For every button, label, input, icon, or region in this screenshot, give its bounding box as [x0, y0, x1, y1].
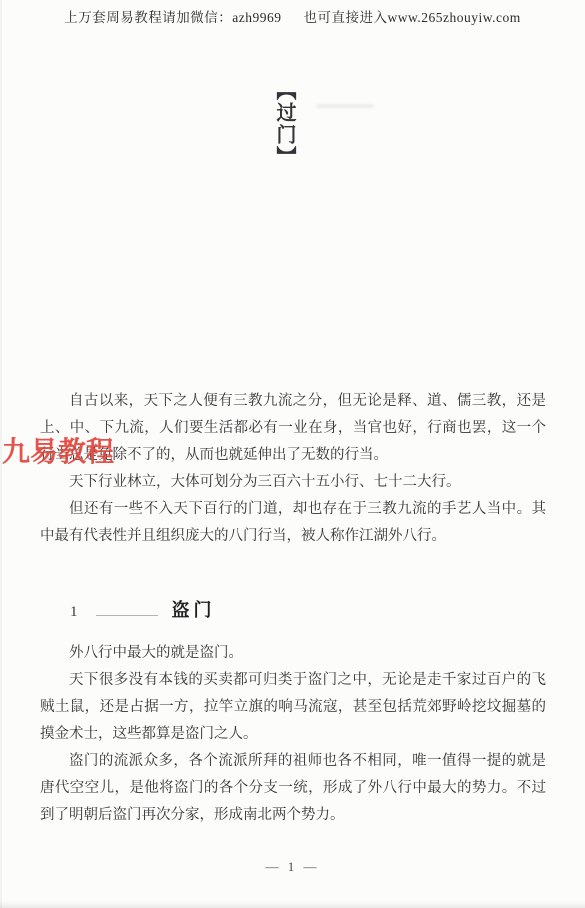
scan-artifact-smudge [316, 104, 374, 108]
promo-header-website-text: 也可直接进入www.265zhouyiw.com [304, 6, 521, 26]
scan-edge-bottom [0, 901, 585, 908]
intro-paragraphs: 自古以来，天下之人便有三教九流之分，但无论是释、道、儒三教，还是上、中、下九流，… [40, 388, 546, 550]
promo-header: 上万套周易教程请加微信：azh9969 也可直接进入www.265zhouyiw… [0, 6, 585, 26]
scanned-book-page: 上万套周易教程请加微信：azh9969 也可直接进入www.265zhouyiw… [0, 0, 585, 908]
section-heading: 1 盗门 [70, 596, 216, 622]
paragraph: 自古以来，天下之人便有三教九流之分，但无论是释、道、儒三教，还是上、中、下九流，… [40, 388, 546, 469]
promo-header-wechat-text: 上万套周易教程请加微信：azh9969 [64, 6, 281, 26]
paragraph: 天下很多没有本钱的买卖都可归类于盗门之中，无论是走千家过百户的飞贼土鼠，还是占据… [40, 667, 546, 748]
section-number: 1 [70, 604, 78, 621]
paragraph: 但还有一些不入天下百行的门道，却也存在于三教九流的手艺人当中。其中最有代表性并且… [40, 496, 546, 550]
paragraph: 天下行业林立，大体可划分为三百六十五小行、七十二大行。 [40, 469, 546, 496]
page-number: — 1 — [0, 859, 585, 875]
paragraph: 盗门的流派众多，各个流派所拜的祖师也各不相同，唯一值得一提的就是唐代空空儿，是他… [40, 748, 546, 829]
paragraph: 外八行中最大的就是盗门。 [40, 640, 546, 667]
section-title: 盗门 [172, 596, 216, 622]
chapter-title-vertical: 【过门】 [271, 80, 299, 168]
site-watermark: 九易教程 [2, 436, 114, 468]
section-paragraphs: 外八行中最大的就是盗门。天下很多没有本钱的买卖都可归类于盗门之中，无论是走千家过… [40, 640, 546, 829]
section-blank-underline [96, 600, 158, 616]
